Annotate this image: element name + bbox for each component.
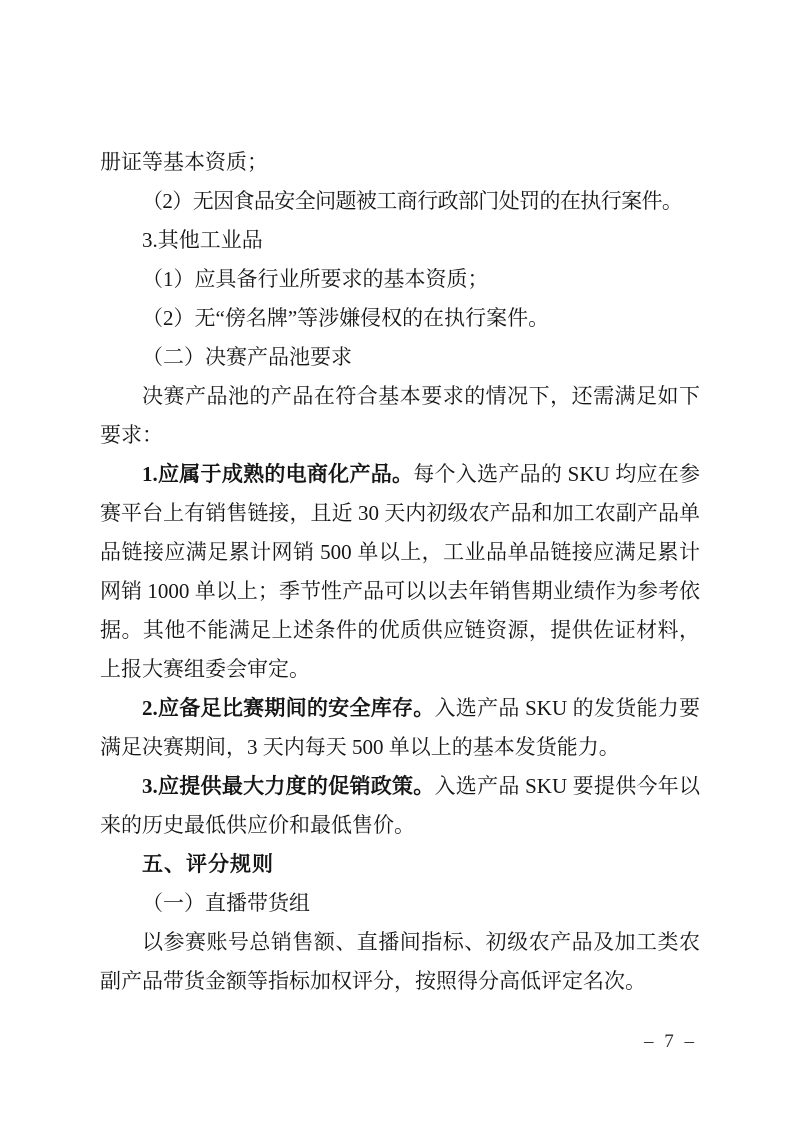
subsection-heading-livestream-group: （一）直播带货组 bbox=[100, 884, 700, 923]
list-item-2-brand-infringement: （2）无“傍名牌”等涉嫌侵权的在执行案件。 bbox=[100, 299, 700, 338]
document-body: 册证等基本资质； （2）无因食品安全问题被工商行政部门处罚的在执行案件。 3.其… bbox=[100, 143, 700, 1001]
requirement-1-body: 每个入选产品的 SKU 均应在参赛平台上有销售链接，且近 30 天内初级农产品和… bbox=[100, 462, 700, 681]
list-item-3-other-industrial-goods: 3.其他工业品 bbox=[100, 221, 700, 260]
requirement-2-bold-lead: 2.应备足比赛期间的安全库存。 bbox=[142, 696, 435, 720]
subsection-heading-final-product-pool: （二）决赛产品池要求 bbox=[100, 338, 700, 377]
paragraph-requirement-2-safety-stock: 2.应备足比赛期间的安全库存。入选产品 SKU 的发货能力要满足决赛期间，3 天… bbox=[100, 689, 700, 767]
list-item-1-industry-qualification: （1）应具备行业所要求的基本资质； bbox=[100, 260, 700, 299]
paragraph-continuation: 册证等基本资质； bbox=[100, 143, 700, 182]
section-heading-scoring-rules: 五、评分规则 bbox=[100, 845, 700, 884]
paragraph-livestream-scoring-method: 以参赛账号总销售额、直播间指标、初级农产品及加工类农副产品带货金额等指标加权评分… bbox=[100, 923, 700, 1001]
paragraph-pool-requirements-intro: 决赛产品池的产品在符合基本要求的情况下，还需满足如下要求： bbox=[100, 377, 700, 455]
paragraph-requirement-3-promotion-policy: 3.应提供最大力度的促销政策。入选产品 SKU 要提供今年以来的历史最低供应价和… bbox=[100, 767, 700, 845]
page-number: – 7 – bbox=[644, 1031, 697, 1053]
paragraph-requirement-1-mature-ecommerce: 1.应属于成熟的电商化产品。每个入选产品的 SKU 均应在参赛平台上有销售链接，… bbox=[100, 455, 700, 689]
list-item-2-food-safety: （2）无因食品安全问题被工商行政部门处罚的在执行案件。 bbox=[100, 182, 700, 221]
document-page: 册证等基本资质； （2）无因食品安全问题被工商行政部门处罚的在执行案件。 3.其… bbox=[0, 0, 793, 1122]
requirement-3-bold-lead: 3.应提供最大力度的促销政策。 bbox=[142, 774, 435, 798]
requirement-1-bold-lead: 1.应属于成熟的电商化产品。 bbox=[142, 462, 413, 486]
